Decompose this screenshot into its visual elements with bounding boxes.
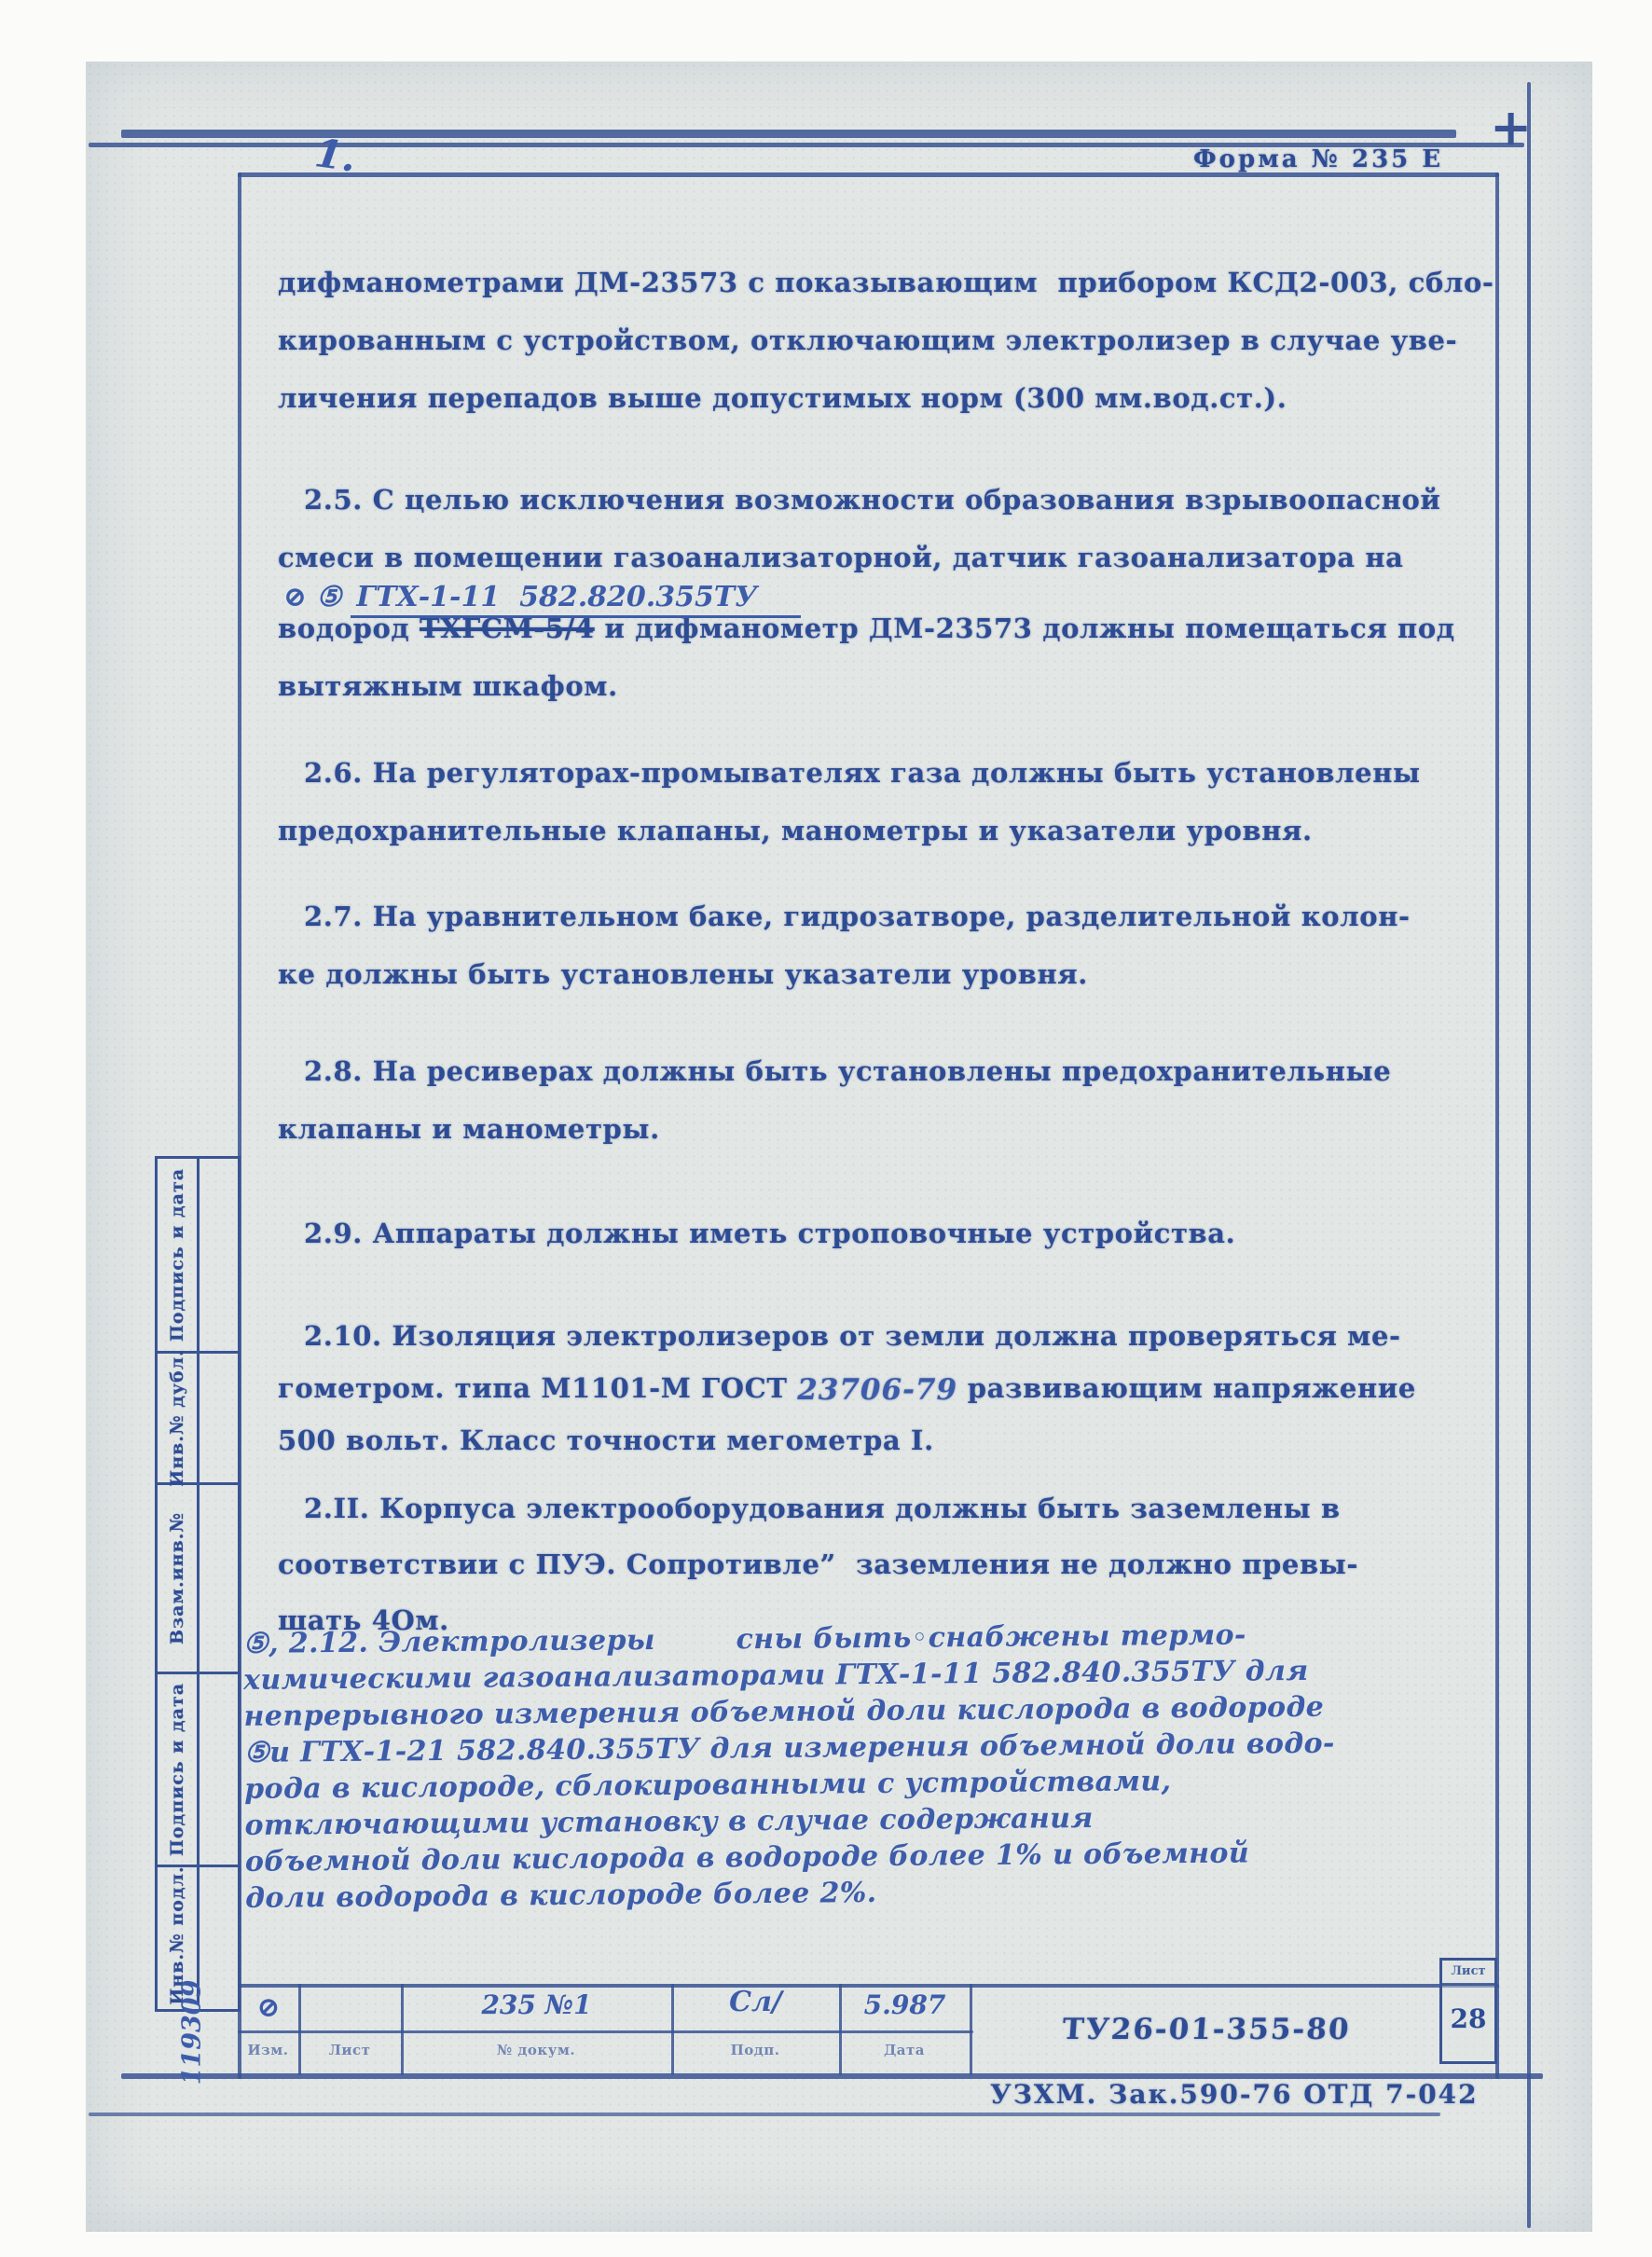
text-line: 2.6. На регуляторах-промывателях газа до…	[278, 744, 1480, 802]
document-ref-handwritten: 235 №1	[404, 1989, 669, 2020]
print-shop-stamp: УЗХМ. Зак.590-76 ОТД 7-042	[990, 2079, 1479, 2110]
sidebar-cell-signature-date-2: Подпись и дата	[158, 1674, 238, 1867]
revision-mark-handwritten: ⊘	[241, 1991, 296, 2024]
handwritten-section-2-12: ⑤, 2.12. Электролизеры сны быть◦снабжены…	[243, 1615, 1500, 1917]
correction-marks: ⊘ ⑤	[283, 581, 341, 613]
sidebar-cell-label: Подпись и дата	[167, 1168, 187, 1342]
registration-cross-icon: +	[1490, 97, 1532, 157]
frame-top-line	[238, 172, 1499, 177]
page-edge-line	[1527, 82, 1531, 2228]
sheet-number: 28	[1442, 1986, 1494, 2053]
sidebar-label-cell: Подпись и дата	[158, 1674, 200, 1865]
date-handwritten: 5.987	[842, 1989, 968, 2020]
sidebar-cell-label: Инв.№ дубл.	[167, 1349, 187, 1486]
text-line: клапаны и манометры.	[278, 1100, 1480, 1158]
sidebar-stamp-column: Подпись и дата Инв.№ дубл. Взам.инв.№ По…	[155, 1156, 241, 2012]
paragraph-2-7: 2.7. На уравнительном баке, гидрозатворе…	[278, 888, 1480, 1003]
document-number: ТУ26-01-355-80	[967, 1984, 1447, 2075]
inventory-number-handwritten: 119309	[164, 1930, 220, 2135]
sheet-number-box: Лист 28	[1439, 1958, 1497, 2064]
paragraph-2-9: 2.9. Аппараты должны иметь строповочные …	[278, 1204, 1480, 1262]
sidebar-cell-inv-dubl: Инв.№ дубл.	[158, 1354, 238, 1485]
text-line: 2.8. На ресиверах должны быть установлен…	[278, 1042, 1480, 1100]
col-label-data: Дата	[839, 2042, 970, 2058]
sidebar-cell-signature-date-1: Подпись и дата	[158, 1159, 238, 1354]
text-line: кированным с устройством, отключающим эл…	[278, 311, 1480, 369]
text-line: соответствии с ПУЭ. Сопротивле” заземлен…	[278, 1536, 1480, 1592]
text-line: гометром. типа М1101-М ГОСТ 23706-79 раз…	[278, 1362, 1480, 1414]
text-line: дифманометрами ДМ-23573 с показывающим п…	[278, 254, 1480, 311]
text-line: ке должны быть установлены указатели уро…	[278, 945, 1480, 1003]
signature-handwritten: Сл/	[674, 1986, 837, 2018]
col-label-podp: Подп.	[671, 2042, 839, 2058]
sidebar-label-cell: Взам.инв.№	[158, 1485, 200, 1672]
handwritten-device-code: ГТХ-1-11 582.820.355ТУ	[351, 581, 800, 618]
sidebar-label-cell: Подпись и дата	[158, 1159, 200, 1351]
sidebar-cell-label: Подпись и дата	[167, 1683, 187, 1856]
text-line: 2.10. Изоляция электролизеров от земли д…	[278, 1310, 1480, 1362]
inventory-number-text: 119309	[178, 1980, 207, 2085]
sidebar-label-cell: Инв.№ дубл.	[158, 1354, 200, 1482]
text-line: 2.II. Корпуса электрооборудования должны…	[278, 1480, 1480, 1536]
sidebar-cell-vzam-inv: Взам.инв.№	[158, 1485, 238, 1674]
text-line: 2.9. Аппараты должны иметь строповочные …	[278, 1204, 1480, 1262]
sheet-label: Лист	[1442, 1961, 1494, 1986]
col-label-izm: Изм.	[238, 2042, 298, 2058]
scanned-document-page: { "meta": {"ink_color":"#2e4c94","handwr…	[0, 0, 1652, 2257]
paragraph-2-10: 2.10. Изоляция электролизеров от земли д…	[278, 1310, 1480, 1466]
handwritten-gost-number: 23706-79	[797, 1373, 957, 1407]
paragraph-2-6: 2.6. На регуляторах-промывателях газа до…	[278, 744, 1480, 860]
text-run: развивающим напряжение	[957, 1372, 1416, 1404]
text-run: гометром. типа М1101-М ГОСТ	[278, 1372, 797, 1404]
text-line: 500 вольт. Класс точности мегометра I.	[278, 1414, 1480, 1466]
text-line: личения перепадов выше допустимых норм (…	[278, 369, 1480, 427]
text-line: 2.7. На уравнительном баке, гидрозатворе…	[278, 888, 1480, 945]
text-line: предохранительные клапаны, манометры и у…	[278, 802, 1480, 860]
text-line: 2.5. С целью исключения возможности обра…	[278, 471, 1480, 529]
title-block-mid-line	[238, 2030, 973, 2033]
paragraph-intro: дифманометрами ДМ-23573 с показывающим п…	[278, 254, 1480, 427]
title-block-divider	[298, 1984, 301, 2075]
sidebar-cell-label: Взам.инв.№	[167, 1512, 187, 1645]
col-label-list: Лист	[298, 2042, 401, 2058]
form-number-label: Форма № 235 Е	[1193, 145, 1443, 173]
paragraph-2-8: 2.8. На ресиверах должны быть установлен…	[278, 1042, 1480, 1158]
handwritten-insert-2-5: ⊘ ⑤ГТХ-1-11 582.820.355ТУ	[264, 548, 801, 613]
col-label-docnum: № докум.	[401, 2042, 671, 2058]
text-line: вытяжным шкафом.	[278, 657, 1480, 715]
footer-rule-line	[89, 2112, 1440, 2116]
